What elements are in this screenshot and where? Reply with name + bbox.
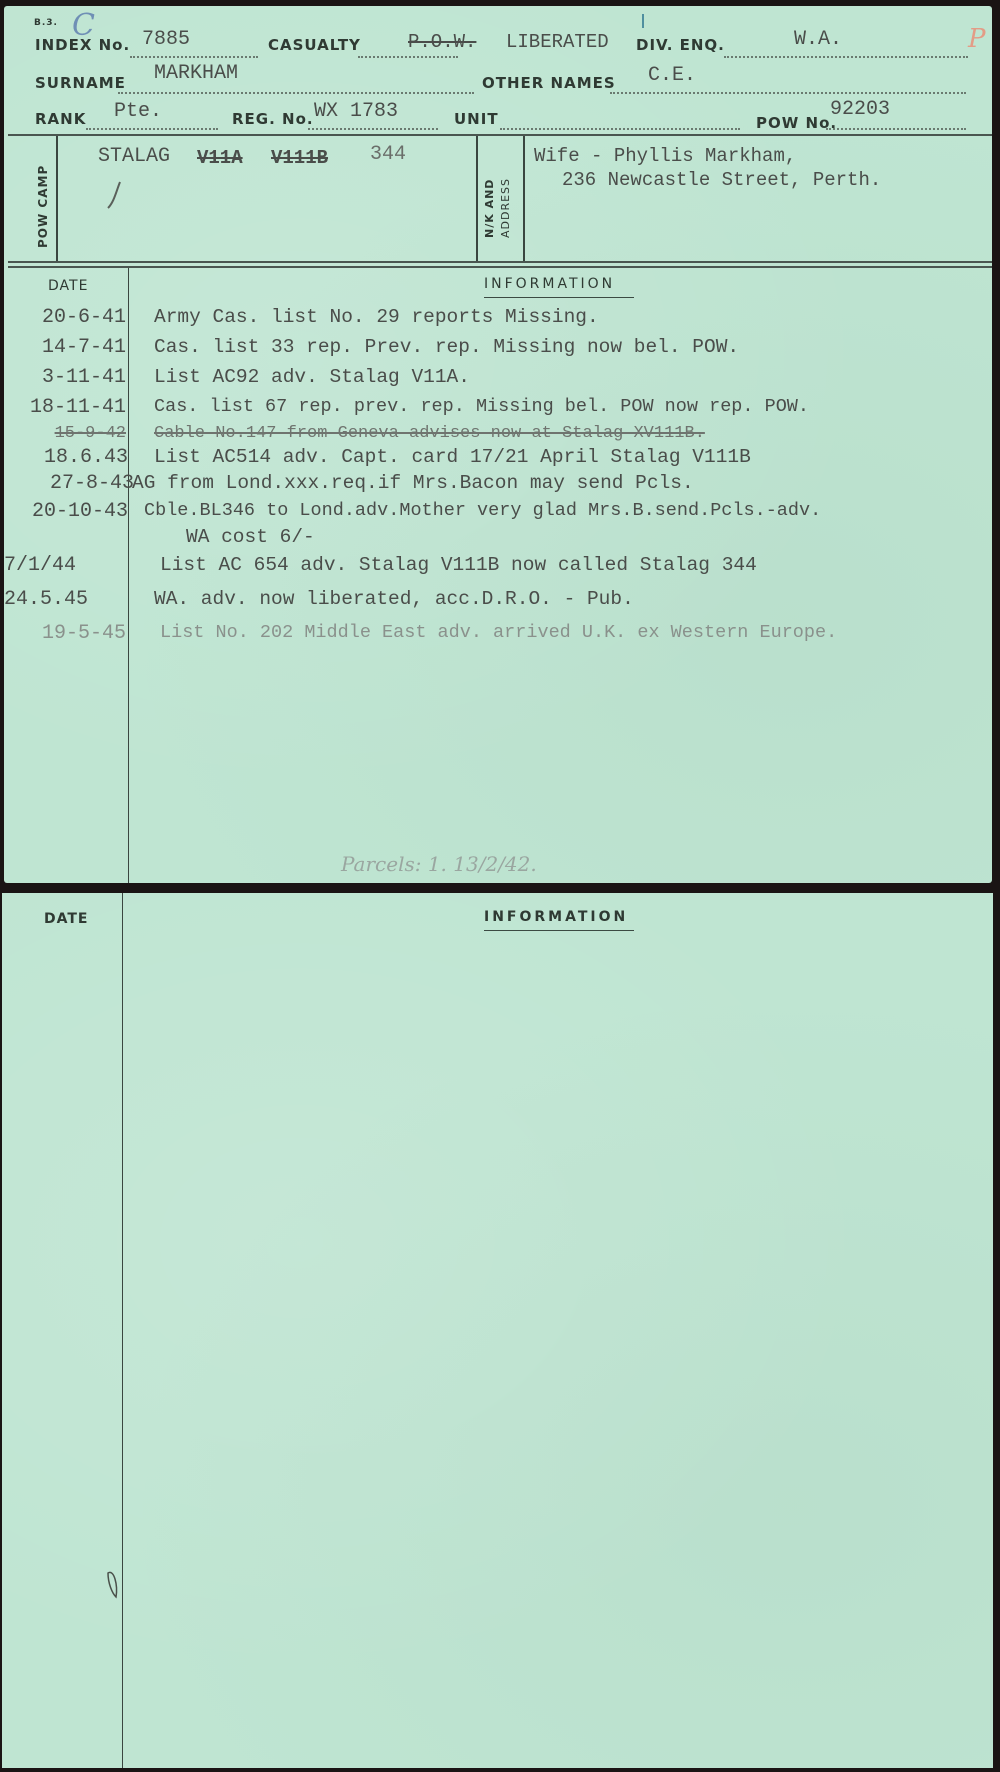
reg-no-label: REG. No.	[232, 110, 314, 128]
pow-camp-value: 344	[370, 143, 406, 166]
form-code: B.3.	[34, 18, 58, 28]
other-names-dots	[610, 92, 966, 94]
log-info: Cas. list 67 rep. prev. rep. Missing bel…	[154, 396, 809, 417]
casualty-label: CASUALTY	[268, 36, 361, 54]
unit-dots	[500, 128, 740, 130]
pen-tick-mark	[642, 14, 644, 28]
pow-camp-struck-1: V11A	[197, 147, 243, 169]
pow-camp-label: POW CAMP	[36, 165, 50, 248]
log-date: 14-7-41	[42, 336, 126, 359]
log-date: 27-8-43	[50, 472, 134, 495]
nk-left-divider	[476, 136, 478, 262]
log-date: 19-5-45	[42, 622, 126, 645]
nk-line-2: 236 Newcastle Street, Perth.	[562, 169, 881, 191]
section-rule-top	[8, 261, 992, 263]
log-info: Cas. list 33 rep. Prev. rep. Missing now…	[154, 336, 739, 358]
pow-camp-divider	[56, 136, 58, 262]
log-info: List No. 202 Middle East adv. arrived U.…	[160, 622, 837, 643]
div-enq-label: DIV. ENQ.	[636, 36, 725, 54]
log-date: 15-9-42	[55, 424, 126, 443]
div-enq-value: W.A.	[794, 28, 842, 51]
surname-value: MARKHAM	[154, 62, 238, 85]
date-column-divider	[128, 268, 129, 883]
index-dots	[130, 56, 258, 58]
pow-camp-prefix: STALAG	[98, 145, 170, 168]
unit-label: UNIT	[454, 110, 499, 128]
rank-value: Pte.	[114, 100, 162, 123]
casualty-dots	[358, 56, 458, 58]
surname-dots	[118, 92, 474, 94]
log-info-continued: WA cost 6/-	[186, 526, 315, 548]
log-info: List AC92 adv. Stalag V11A.	[154, 366, 470, 388]
info-header-underline	[484, 297, 634, 298]
pencil-mark	[102, 178, 126, 218]
pow-no-dots	[826, 128, 966, 130]
info-header: INFORMATION	[484, 276, 615, 292]
reg-no-dots	[308, 128, 438, 130]
index-label: INDEX No.	[35, 36, 130, 54]
casualty-struck-value: P.O.W.	[408, 31, 476, 53]
casualty-value: LIBERATED	[506, 31, 609, 53]
nk-label: N/K AND	[483, 179, 496, 238]
back-info-header: INFORMATION	[484, 909, 628, 925]
pow-no-value: 92203	[830, 98, 890, 121]
nk-right-divider	[523, 136, 525, 262]
index-value: 7885	[142, 28, 190, 51]
address-label: ADDRESS	[499, 178, 512, 238]
record-card-front: C P B.3. INDEX No. 7885 CASUALTY P.O.W. …	[4, 6, 992, 883]
log-info: Cable No.147 from Geneva advises now at …	[154, 424, 705, 443]
section-rule-bottom	[8, 266, 992, 268]
rank-label: RANK	[35, 110, 86, 128]
back-date-column-divider	[122, 893, 123, 1768]
header-divider	[8, 134, 992, 136]
log-date: 3-11-41	[42, 366, 126, 389]
pow-no-label: POW No.	[756, 114, 837, 132]
log-date: 18.6.43	[44, 446, 128, 469]
rank-dots	[86, 128, 218, 130]
log-date: 20-10-43	[32, 500, 128, 523]
reg-no-value: WX 1783	[314, 100, 398, 123]
log-info: Cble.BL346 to Lond.adv.Mother very glad …	[144, 500, 821, 521]
log-date: 20-6-41	[42, 306, 126, 329]
other-names-label: OTHER NAMES	[482, 74, 616, 92]
log-info: List AC514 adv. Capt. card 17/21 April S…	[154, 446, 751, 468]
pencil-note: Parcels: 1. 13/2/42.	[341, 852, 537, 876]
log-info: AG from Lond.xxx.req.if Mrs.Bacon may se…	[132, 472, 694, 494]
paper-tear-mark	[104, 1567, 124, 1603]
log-info: WA. adv. now liberated, acc.D.R.O. - Pub…	[154, 588, 634, 610]
log-info: List AC 654 adv. Stalag V111B now called…	[160, 554, 757, 576]
back-date-header: DATE	[44, 911, 88, 927]
other-names-value: C.E.	[648, 64, 696, 87]
log-info: Army Cas. list No. 29 reports Missing.	[154, 306, 599, 328]
date-header: DATE	[48, 278, 88, 294]
log-date: 24.5.45	[4, 588, 88, 611]
pen-mark-right: P	[968, 24, 986, 54]
div-enq-dots	[724, 56, 968, 58]
back-info-header-underline	[484, 930, 634, 931]
log-date: 7/1/44	[4, 554, 76, 577]
log-date: 18-11-41	[30, 396, 126, 419]
surname-label: SURNAME	[35, 74, 126, 92]
pow-camp-struck-2: V111B	[271, 147, 328, 169]
record-card-back: DATE INFORMATION	[2, 893, 993, 1768]
nk-line-1: Wife - Phyllis Markham,	[534, 145, 796, 167]
